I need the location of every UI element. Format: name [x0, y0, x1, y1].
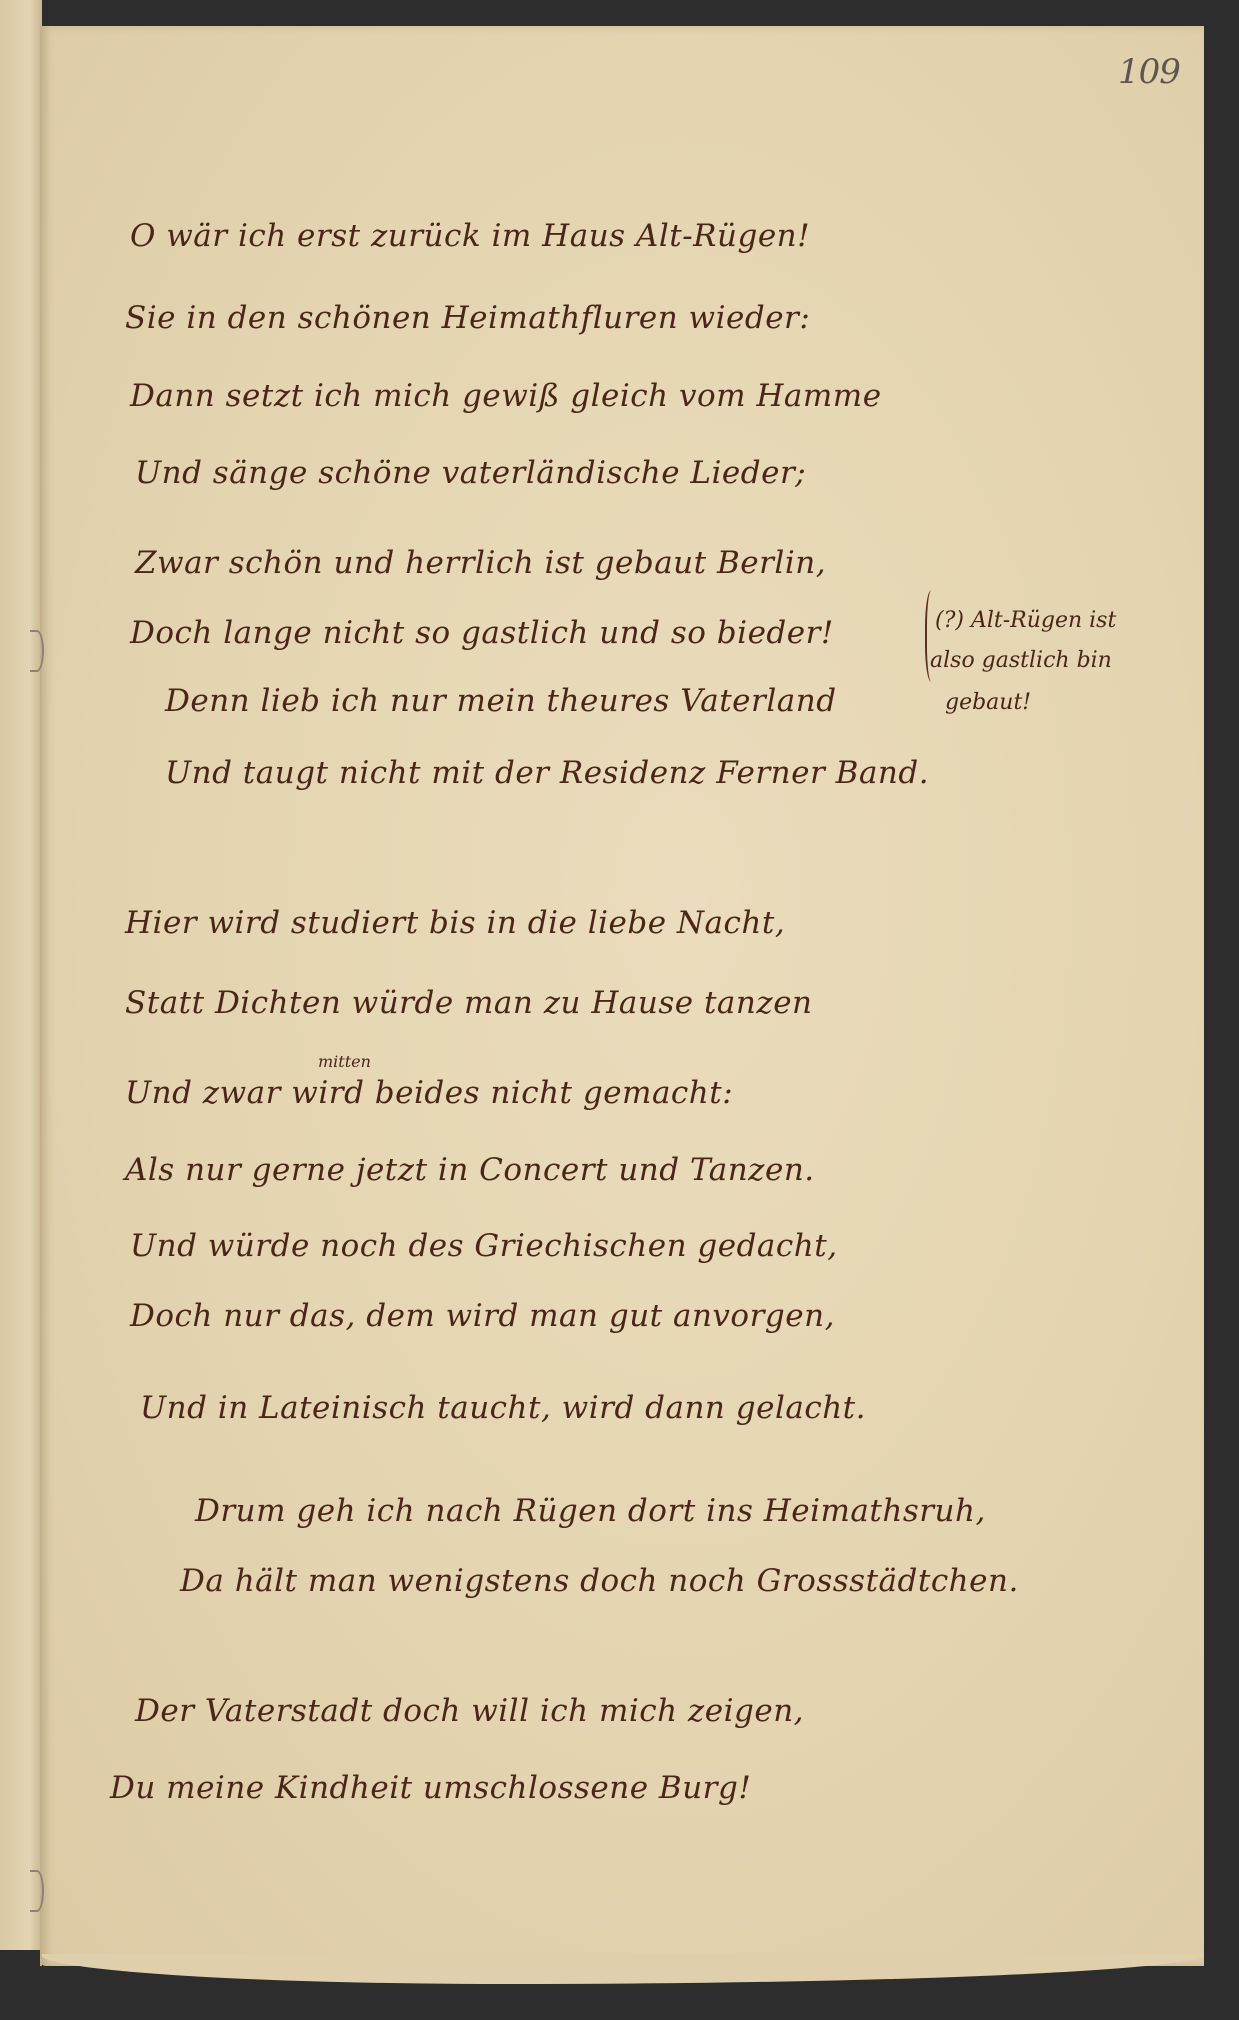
margin-note-line: (?) Alt-Rügen ist [935, 608, 1116, 633]
poem-line: Doch nur das, dem wird man gut anvorgen, [130, 1298, 835, 1334]
binding-thread-mark [30, 1870, 44, 1912]
poem-line: Und würde noch des Griechischen gedacht, [130, 1228, 838, 1264]
poem-line: Du meine Kindheit umschlossene Burg! [110, 1770, 751, 1806]
poem-line: Hier wird studiert bis in die liebe Nach… [125, 905, 785, 941]
poem-line: Und sänge schöne vaterländische Lieder; [135, 455, 806, 491]
margin-note-line: also gastlich bin [930, 648, 1112, 673]
poem-line: Und zwar wird beides nicht gemacht: [125, 1075, 733, 1111]
poem-line: Da hält man wenigstens doch noch Grossst… [180, 1563, 1019, 1599]
folio-number: 109 [1118, 52, 1180, 92]
interlinear-insertion: mitten [318, 1052, 371, 1071]
poem-line: Und in Lateinisch taucht, wird dann gela… [140, 1390, 866, 1426]
poem-line: Der Vaterstadt doch will ich mich zeigen… [135, 1693, 804, 1729]
facing-page-edge [0, 0, 42, 1950]
binding-thread-mark [30, 630, 44, 672]
poem-line: Statt Dichten würde man zu Hause tanzen [125, 985, 813, 1021]
margin-note-line: gebaut! [945, 690, 1031, 715]
poem-line: Und taugt nicht mit der Residenz Ferner … [165, 755, 929, 791]
poem-line: O wär ich erst zurück im Haus Alt-Rügen! [130, 218, 810, 254]
poem-line: Doch lange nicht so gastlich und so bied… [130, 615, 834, 651]
poem-line: Dann setzt ich mich gewiß gleich vom Ham… [130, 378, 882, 414]
poem-line: Drum geh ich nach Rügen dort ins Heimath… [195, 1493, 986, 1529]
poem-line: Als nur gerne jetzt in Concert und Tanze… [125, 1152, 815, 1188]
poem-line: Denn lieb ich nur mein theures Vaterland [165, 683, 837, 719]
poem-line: Zwar schön und herrlich ist gebaut Berli… [135, 545, 826, 581]
poem-line: Sie in den schönen Heimathfluren wieder: [125, 300, 810, 336]
gutter-crease [40, 26, 42, 1966]
